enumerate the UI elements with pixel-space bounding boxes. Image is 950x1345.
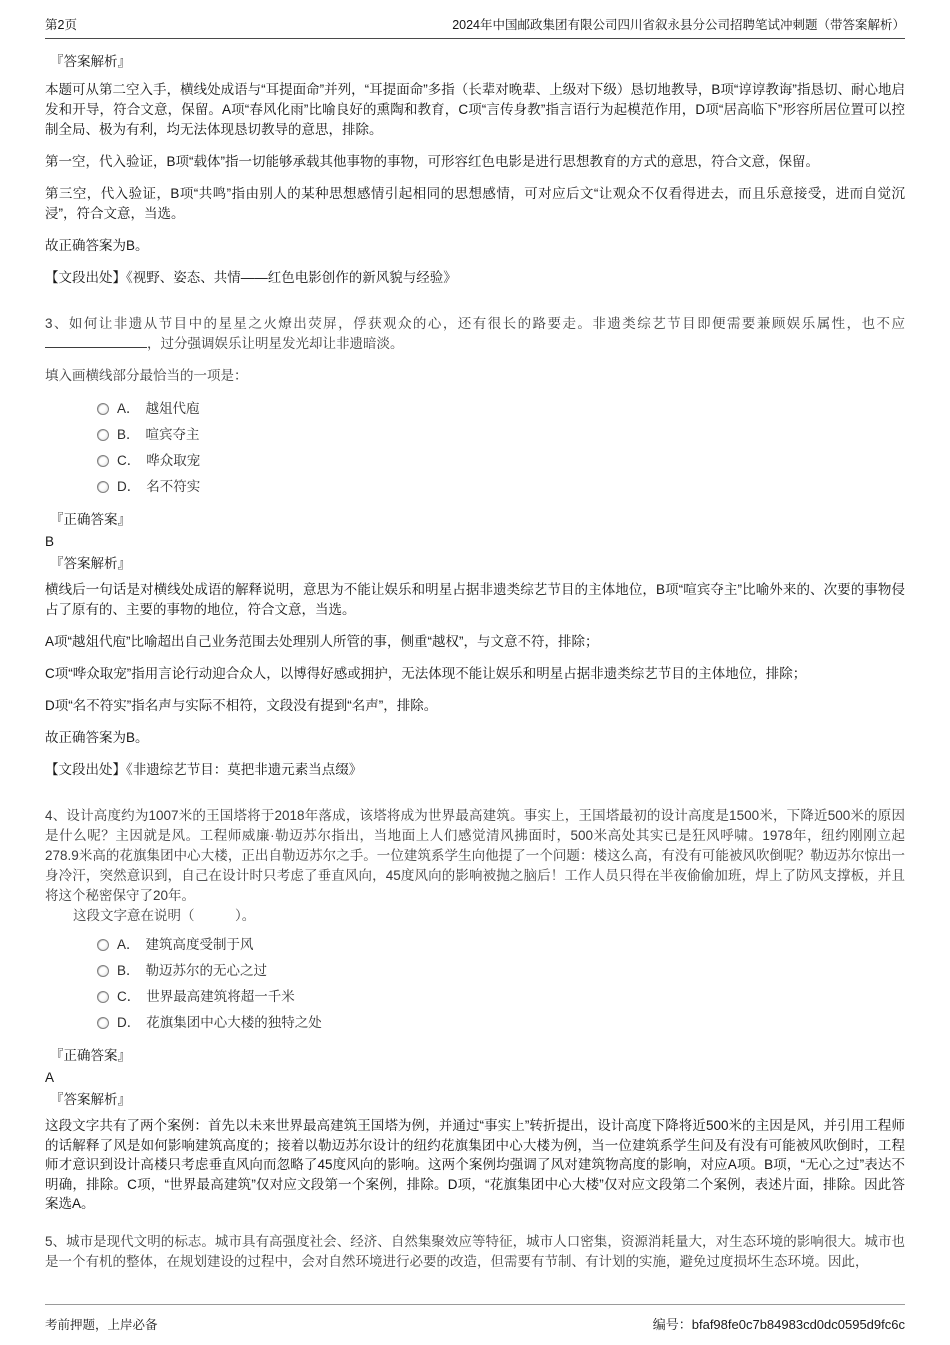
question-5-section: 5、城市是现代文明的标志。城市具有高强度社会、经济、自然集聚效应等特征，城市人口… [45, 1232, 905, 1272]
explanation-label: 『答案解析』 [45, 52, 905, 72]
option-text: 世界最高建筑将超一千米 [146, 987, 295, 1007]
question-4-stem: 4、设计高度约为1007米的王国塔将于2018年落成，该塔将成为世界最高建筑。事… [45, 806, 905, 906]
radio-button-icon[interactable] [97, 403, 109, 415]
question-4-answer-block: 『正确答案』 A 『答案解析』 [45, 1046, 905, 1110]
page-number: 第2页 [45, 15, 77, 33]
radio-button-icon[interactable] [97, 1017, 109, 1029]
explanation-paragraph: 第三空，代入验证，B项“共鸣”指由别人的某种思想感情引起相同的思想感情，可对应后… [45, 184, 905, 224]
option-text: 哗众取宠 [146, 451, 200, 471]
option-row[interactable]: A． 越俎代庖 [97, 396, 905, 422]
source-reference: 【文段出处】《非遗综艺节目：莫把非遗元素当点缀》 [45, 760, 905, 780]
question-4-prompt: 这段文字意在说明（ ）。 [45, 906, 905, 926]
option-row[interactable]: C． 哗众取宠 [97, 448, 905, 474]
explanation-paragraph: 横线后一句话是对横线处成语的解释说明，意思为不能让娱乐和明星占据非遗类综艺节目的… [45, 580, 905, 620]
option-row[interactable]: D． 花旗集团中心大楼的独特之处 [97, 1010, 905, 1036]
question-4-section: 4、设计高度约为1007米的王国塔将于2018年落成，该塔将成为世界最高建筑。事… [45, 806, 905, 1214]
stem-text: 3、如何让非遗从节目中的星星之火燎出荧屏，俘获观众的心，还有很长的路要走。非遗类… [45, 316, 905, 331]
page-footer: 考前押题，上岸必备 编号：bfaf98fe0c7b84983cd0dc0595d… [45, 1304, 905, 1333]
option-letter: A． [117, 399, 140, 419]
correct-answer-label: 『正确答案』 [45, 510, 905, 530]
radio-button-icon[interactable] [97, 481, 109, 493]
document-id-value: bfaf98fe0c7b84983cd0dc0595d9fc6c [692, 1317, 905, 1332]
option-letter: C． [117, 451, 140, 471]
option-row[interactable]: A． 建筑高度受制于风 [97, 932, 905, 958]
page-header: 第2页 2024年中国邮政集团有限公司四川省叙永县分公司招聘笔试冲刺题（带答案解… [45, 0, 905, 39]
blank-underline [45, 335, 147, 348]
option-text: 越俎代庖 [146, 399, 200, 419]
document-page: 第2页 2024年中国邮政集团有限公司四川省叙永县分公司招聘笔试冲刺题（带答案解… [0, 0, 950, 1345]
previous-question-explanation-section: 『答案解析』 本题可从第二空入手，横线处成语与“耳提面命”并列，“耳提面命”多指… [45, 52, 905, 288]
explanation-paragraph: 故正确答案为B。 [45, 236, 905, 256]
question-3-answer-block: 『正确答案』 B 『答案解析』 [45, 510, 905, 574]
source-reference: 【文段出处】《视野、姿态、共情——红色电影创作的新风貌与经验》 [45, 268, 905, 288]
question-3-section: 3、如何让非遗从节目中的星星之火燎出荧屏，俘获观众的心，还有很长的路要走。非遗类… [45, 314, 905, 780]
option-row[interactable]: B． 勒迈苏尔的无心之过 [97, 958, 905, 984]
option-letter: B． [117, 425, 140, 445]
explanation-paragraph: 故正确答案为B。 [45, 728, 905, 748]
correct-answer-value: B [45, 532, 905, 552]
correct-answer-value: A [45, 1068, 905, 1088]
explanation-paragraph: C项“哗众取宠”指用言论行动迎合众人，以博得好感或拥护，无法体现不能让娱乐和明星… [45, 664, 905, 684]
option-letter: C． [117, 987, 140, 1007]
radio-button-icon[interactable] [97, 991, 109, 1003]
option-text: 喧宾夺主 [146, 425, 200, 445]
stem-text: ，过分强调娱乐让明星发光却让非遗暗淡。 [147, 336, 404, 351]
document-title: 2024年中国邮政集团有限公司四川省叙永县分公司招聘笔试冲刺题（带答案解析） [452, 15, 905, 33]
option-text: 建筑高度受制于风 [146, 935, 254, 955]
question-4-options: A． 建筑高度受制于风 B． 勒迈苏尔的无心之过 C． 世界最高建筑将超一千米 … [97, 932, 905, 1036]
option-letter: B． [117, 961, 140, 981]
explanation-label: 『答案解析』 [45, 1090, 905, 1110]
explanation-paragraph: A项“越俎代庖”比喻超出自己业务范围去处理别人所管的事，侧重“越权”，与文意不符… [45, 632, 905, 652]
option-row[interactable]: C． 世界最高建筑将超一千米 [97, 984, 905, 1010]
document-id: 编号：bfaf98fe0c7b84983cd0dc0595d9fc6c [653, 1314, 905, 1333]
option-row[interactable]: B． 喧宾夺主 [97, 422, 905, 448]
option-letter: A． [117, 935, 140, 955]
radio-button-icon[interactable] [97, 965, 109, 977]
document-body: 『答案解析』 本题可从第二空入手，横线处成语与“耳提面命”并列，“耳提面命”多指… [45, 39, 905, 1272]
question-3-prompt: 填入画横线部分最恰当的一项是： [45, 366, 905, 386]
explanation-label: 『答案解析』 [45, 554, 905, 574]
document-id-label: 编号： [653, 1317, 692, 1332]
explanation-paragraph: 这段文字共有了两个案例：首先以未来世界最高建筑王国塔为例，并通过“事实上”转折提… [45, 1116, 905, 1214]
question-3-stem: 3、如何让非遗从节目中的星星之火燎出荧屏，俘获观众的心，还有很长的路要走。非遗类… [45, 314, 905, 354]
question-3-options: A． 越俎代庖 B． 喧宾夺主 C． 哗众取宠 D． 名不符实 [97, 396, 905, 500]
footer-slogan: 考前押题，上岸必备 [45, 1315, 158, 1333]
radio-button-icon[interactable] [97, 429, 109, 441]
explanation-paragraph: 本题可从第二空入手，横线处成语与“耳提面命”并列，“耳提面命”多指（长辈对晚辈、… [45, 80, 905, 140]
explanation-paragraph: 第一空，代入验证，B项“载体”指一切能够承载其他事物的事物，可形容红色电影是进行… [45, 152, 905, 172]
option-text: 名不符实 [146, 477, 200, 497]
question-5-stem: 5、城市是现代文明的标志。城市具有高强度社会、经济、自然集聚效应等特征，城市人口… [45, 1232, 905, 1272]
option-row[interactable]: D． 名不符实 [97, 474, 905, 500]
radio-button-icon[interactable] [97, 939, 109, 951]
correct-answer-label: 『正确答案』 [45, 1046, 905, 1066]
radio-button-icon[interactable] [97, 455, 109, 467]
explanation-paragraph: D项“名不符实”指名声与实际不相符，文段没有提到“名声”，排除。 [45, 696, 905, 716]
option-letter: D． [117, 477, 140, 497]
option-text: 花旗集团中心大楼的独特之处 [146, 1013, 322, 1033]
option-letter: D． [117, 1013, 140, 1033]
option-text: 勒迈苏尔的无心之过 [146, 961, 268, 981]
